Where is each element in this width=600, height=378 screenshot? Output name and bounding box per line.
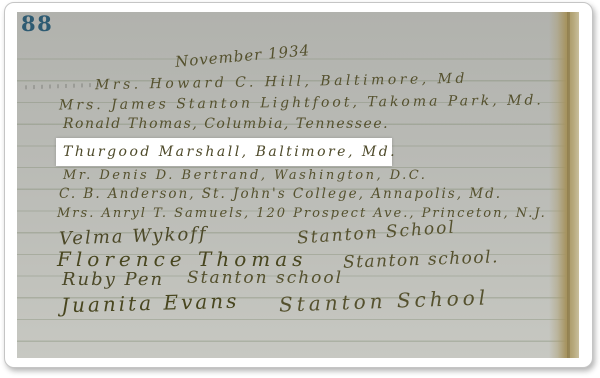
register-entry: Ronald Thomas, Columbia, Tennessee.	[63, 117, 389, 131]
register-entry-name: Florence Thomas	[57, 249, 307, 269]
register-entry: C. B. Anderson, St. John's College, Anna…	[59, 188, 502, 202]
register-entry-name: Ruby Pen	[62, 271, 164, 289]
screenshot-canvas: 88 November 1934 Mrs. Howard C. Hill, Ba…	[0, 0, 600, 378]
ledger-page-scan: 88 November 1934 Mrs. Howard C. Hill, Ba…	[17, 12, 579, 358]
page-number: 88	[21, 12, 53, 36]
register-entry-highlighted: Thurgood Marshall, Baltimore, Md.	[63, 145, 397, 159]
register-entry-school: Stanton school	[187, 270, 343, 287]
binding-edge	[549, 12, 579, 358]
register-entry: Mrs. Anryl T. Samuels, 120 Prospect Ave.…	[57, 207, 547, 220]
highlighted-entry-box: Thurgood Marshall, Baltimore, Md.	[56, 138, 392, 166]
register-entry-name: Velma Wykoff	[59, 225, 208, 248]
register-entry-name: Juanita Evans	[61, 291, 240, 316]
scanned-document-card: 88 November 1934 Mrs. Howard C. Hill, Ba…	[4, 2, 593, 368]
register-entry: Mr. Denis D. Bertrand, Washington, D.C.	[63, 169, 427, 182]
